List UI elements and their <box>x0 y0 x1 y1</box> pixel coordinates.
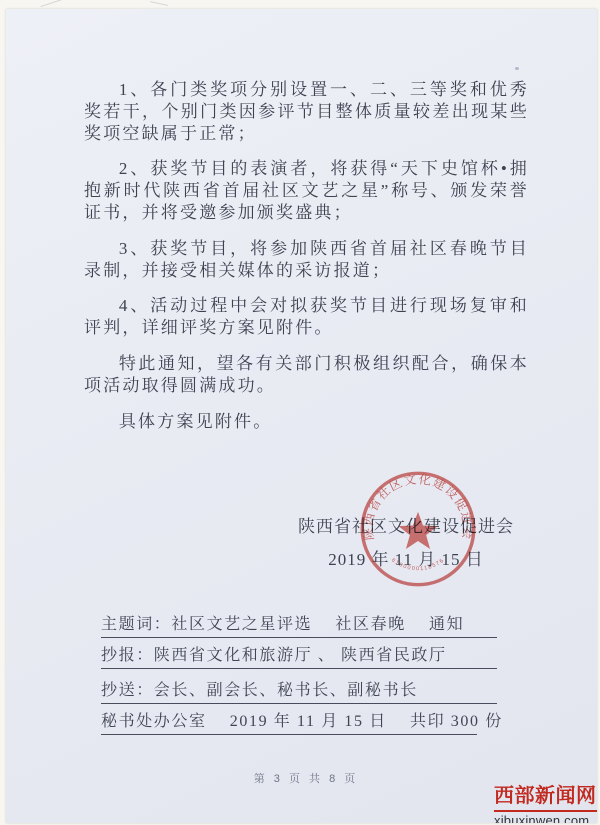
official-seal: 陕西省社区文化建设促进会 6100000118576 <box>358 469 478 589</box>
seal-number: 6100000118576 <box>390 557 446 572</box>
body-paragraph: 具体方案见附件。 <box>84 411 529 433</box>
watermark-site-name: 西部新闻网 <box>494 779 597 812</box>
body-paragraph: 4、活动过程中会对拟获奖节目进行现场复审和评判，详细评奖方案见附件。 <box>84 295 529 339</box>
body-paragraph: 特此通知，望各有关部门积极组织配合，确保本项活动取得圆满成功。 <box>84 353 529 397</box>
body-paragraph: 1、各门类奖项分别设置一、二、三等奖和优秀奖若干，个别门类因参评节目整体质量较差… <box>84 79 529 144</box>
field-copy-send: 抄送：会长、副会长、秘书长、副秘书长 <box>101 677 497 704</box>
field-print-office: 秘书处办公室 2019 年 11 月 15 日 共印 300 份 <box>101 708 477 735</box>
field-subject-keywords: 主题词：社区文艺之星评选 社区春晚 通知 <box>101 611 497 638</box>
scanned-notice-page: 1、各门类奖项分别设置一、二、三等奖和优秀奖若干，个别门类因参评节目整体质量较差… <box>0 0 600 825</box>
field-copy-report: 抄报：陕西省文化和旅游厅 、 陕西省民政厅 <box>101 642 497 669</box>
watermark-domain: xibuxinwen.com <box>494 813 597 823</box>
watermark-logo: 西部新闻网 xibuxinwen.com <box>494 779 597 823</box>
document-body: 1、各门类奖项分别设置一、二、三等奖和优秀奖若干，个别门类因参评节目整体质量较差… <box>84 79 529 446</box>
scan-scratch <box>150 1 168 6</box>
scan-speck <box>515 67 519 70</box>
scan-scratch <box>40 0 65 7</box>
svg-text:6100000118576: 6100000118576 <box>390 557 446 572</box>
seal-star-icon <box>398 512 437 549</box>
paper-sheet: 1、各门类奖项分别设置一、二、三等奖和优秀奖若干，个别门类因参评节目整体质量较差… <box>6 9 597 823</box>
body-paragraph: 2、获奖节目的表演者，将获得“天下史馆杯•拥抱新时代陕西省首届社区文艺之星”称号… <box>84 158 529 223</box>
body-paragraph: 3、获奖节目，将参加陕西省首届社区春晚节目录制，并接受相关媒体的采访报道； <box>84 238 529 282</box>
